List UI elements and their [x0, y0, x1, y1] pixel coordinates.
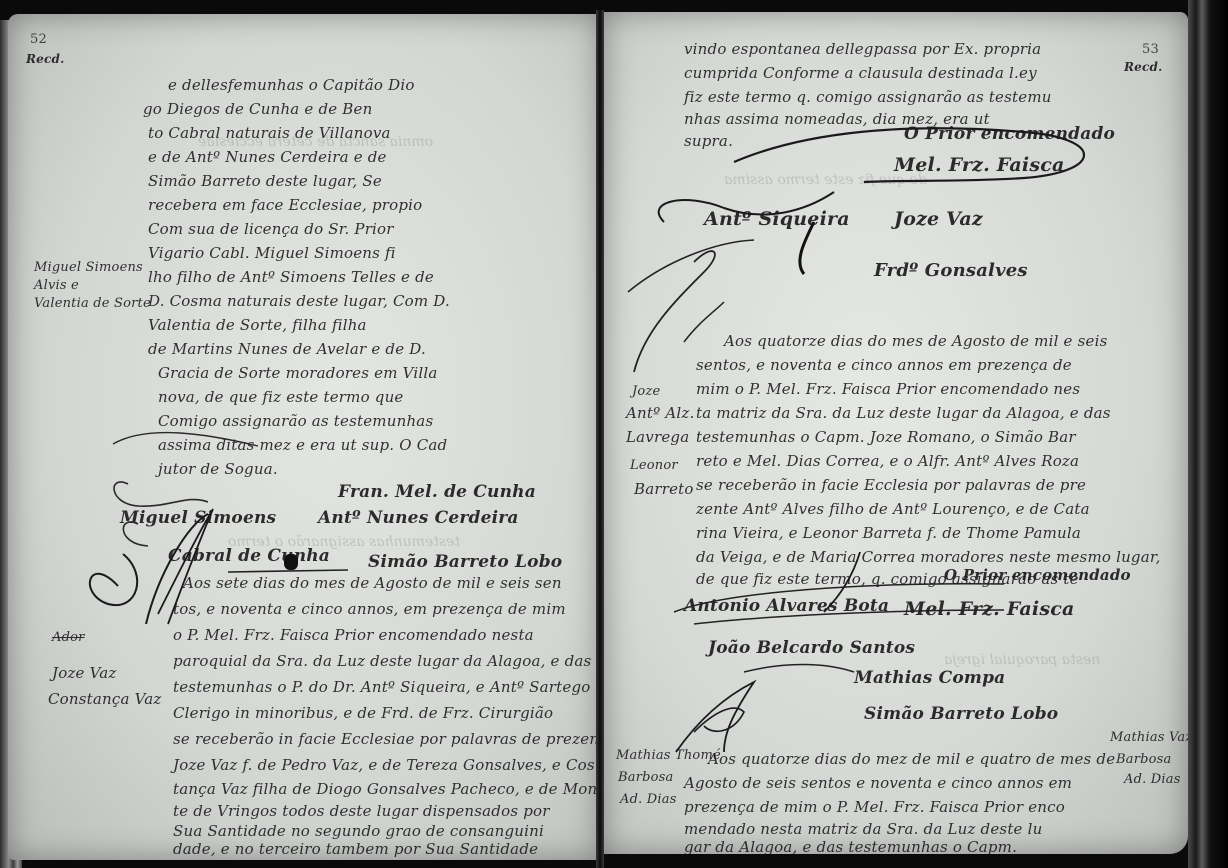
text-line: prezença de mim o P. Mel. Frz. Faisca Pr…	[684, 798, 1065, 816]
margin-note-line: Mathias Thomé	[616, 748, 721, 763]
text-line: e dellesfemunhas o Capitão Dio	[168, 76, 415, 94]
text-line: testemunhas o P. do Dr. Antº Siqueira, e…	[173, 678, 591, 696]
text-line: dade, e no terceiro tambem por Sua Santi…	[173, 840, 538, 858]
text-line: rina Vieira, e Leonor Barreta f. de Thom…	[696, 524, 1081, 542]
text-line: se receberão in facie Ecclesiae por pala…	[173, 730, 600, 748]
margin-note-line: Valentia de Sorte	[34, 296, 151, 311]
text-line: Vigario Cabl. Miguel Simoens fi	[148, 244, 396, 262]
text-line: cumprida Conforme a clausula destinada l…	[684, 64, 1037, 82]
book-edge-right	[1188, 0, 1228, 868]
text-line: testemunhas o Capm. Joze Romano, o Simão…	[696, 428, 1076, 446]
text-line: reto e Mel. Dias Correa, e o Alfr. Antº …	[696, 452, 1079, 470]
signature: Antº Siqueira	[704, 208, 850, 230]
left-page: 52 Recd. omnia sancta de cetera ecclesia…	[8, 14, 600, 860]
text-line: Aos quatorze dias do mez de mil e quatro…	[708, 750, 1115, 768]
bleed-through-text: nesta paroquial igreja	[944, 652, 1100, 668]
corner-mark: Recd.	[26, 52, 64, 66]
text-line: Sua Santidade no segundo grao de consang…	[173, 822, 544, 840]
signature: O Prior encomendado	[944, 566, 1131, 584]
text-line: supra.	[684, 132, 733, 150]
signature: Joze Vaz	[894, 208, 983, 230]
margin-note-line: Joze	[632, 384, 660, 399]
text-line: nova, de que fiz este termo que	[158, 388, 404, 406]
page-number: 52	[30, 32, 47, 47]
text-line: se receberão in facie Ecclesia por palav…	[696, 476, 1086, 494]
signature: Simão Barreto Lobo	[368, 552, 562, 572]
text-line: gar da Alagoa, e das testemunhas o Capm.	[684, 838, 1017, 854]
text-line: zente Antº Alves filho de Antº Lourenço,…	[696, 500, 1090, 518]
margin-note-line: Joze Vaz	[52, 664, 117, 682]
signature: Fran. Mel. de Cunha	[338, 482, 536, 502]
ink-blot	[284, 554, 298, 570]
text-line: jutor de Sogua.	[158, 460, 278, 478]
signature: Antonio Alvares Bota	[684, 596, 889, 616]
margin-note-line: Barbosa	[618, 770, 674, 785]
text-line: o P. Mel. Frz. Faisca Prior encomendado …	[173, 626, 534, 644]
book-gutter	[596, 10, 604, 868]
text-line: sentos, e noventa e cinco annos em preze…	[696, 356, 1072, 374]
margin-note-line: Ad. Dias	[1124, 772, 1181, 787]
text-line: vindo espontanea dellegpassa por Ex. pro…	[684, 40, 1041, 58]
margin-note-line: Leonor	[630, 458, 678, 473]
text-line: Gracia de Sorte moradores em Villa	[158, 364, 438, 382]
text-line: mendado nesta matriz da Sra. da Luz dest…	[684, 820, 1042, 838]
text-line: Aos sete dias do mes de Agosto de mil e …	[183, 574, 562, 592]
text-line: Clerigo in minoribus, e de Frd. de Frz. …	[173, 704, 553, 722]
text-line: Simão Barreto deste lugar, Se	[148, 172, 382, 190]
signature: Frdº Gonsalves	[874, 260, 1028, 281]
signature: Miguel Simoens	[120, 508, 276, 528]
signature: Cabral de Cunha	[168, 546, 330, 566]
margin-note-line: Antº Alz.	[626, 404, 694, 422]
margin-note-line: Ad. Dias	[620, 792, 677, 807]
text-line: recebera em face Ecclesiae, propio	[148, 196, 422, 214]
text-line: Com sua de licença do Sr. Prior	[148, 220, 394, 238]
text-line: de Martins Nunes de Avelar e de D.	[148, 340, 426, 358]
text-line: D. Cosma naturais deste lugar, Com D.	[148, 292, 450, 310]
text-line: assima ditas mez e era ut sup. O Cad	[158, 436, 447, 454]
margin-note-line: Constança Vaz	[48, 690, 162, 708]
text-line: Valentia de Sorte, filha filha	[148, 316, 367, 334]
margin-note-line: Ador	[52, 630, 85, 645]
text-line: to Cabral naturais de Villanova	[148, 124, 391, 142]
signature: João Belcardo Santos	[708, 638, 915, 658]
text-line: lho filho de Antº Simoens Telles e de	[148, 268, 434, 286]
text-line: mim o P. Mel. Frz. Faisca Prior encomend…	[696, 380, 1080, 398]
margin-note-line: Barreto	[634, 480, 694, 498]
text-line: ta matriz da Sra. da Luz deste lugar da …	[696, 404, 1111, 422]
signature: Simão Barreto Lobo	[864, 704, 1058, 724]
signature: Mathias Compa	[854, 668, 1005, 688]
text-line: Joze Vaz f. de Pedro Vaz, e de Tereza Go…	[173, 756, 595, 774]
text-line: Agosto de seis sentos e noventa e cinco …	[684, 774, 1072, 792]
right-page: 53 Recd. de que fiz este termo assima ne…	[604, 12, 1188, 854]
text-line: fiz este termo q. comigo assignarão as t…	[684, 88, 1052, 106]
signature: O Prior encomendado	[904, 124, 1115, 144]
text-line: Aos quatorze dias do mes de Agosto de mi…	[724, 332, 1107, 350]
text-line: te de Vringos todos deste lugar dispensa…	[173, 802, 550, 820]
margin-note-line: Mathias Vaz	[1110, 730, 1188, 745]
text-line: go Diegos de Cunha e de Ben	[143, 100, 372, 118]
page-number: 53	[1142, 42, 1159, 57]
margin-note-line: Barbosa	[1116, 752, 1172, 767]
text-line: tança Vaz filha de Diogo Gonsalves Pache…	[173, 780, 597, 798]
signature: Antº Nunes Cerdeira	[318, 508, 519, 528]
margin-note-line: Lavrega	[626, 428, 689, 446]
text-line: tos, e noventa e cinco annos, em prezenç…	[173, 600, 566, 618]
text-line: e de Antº Nunes Cerdeira e de	[148, 148, 387, 166]
margin-note-line: Alvis e	[34, 278, 79, 293]
corner-mark: Recd.	[1124, 60, 1162, 74]
text-line: paroquial da Sra. da Luz deste lugar da …	[173, 652, 591, 670]
signature: Mel. Frz. Faisca	[894, 154, 1065, 176]
margin-note-line: Miguel Simoens	[34, 260, 143, 275]
signature: Mel. Frz. Faisca	[904, 598, 1075, 620]
text-line: Comigo assignarão as testemunhas	[158, 412, 433, 430]
